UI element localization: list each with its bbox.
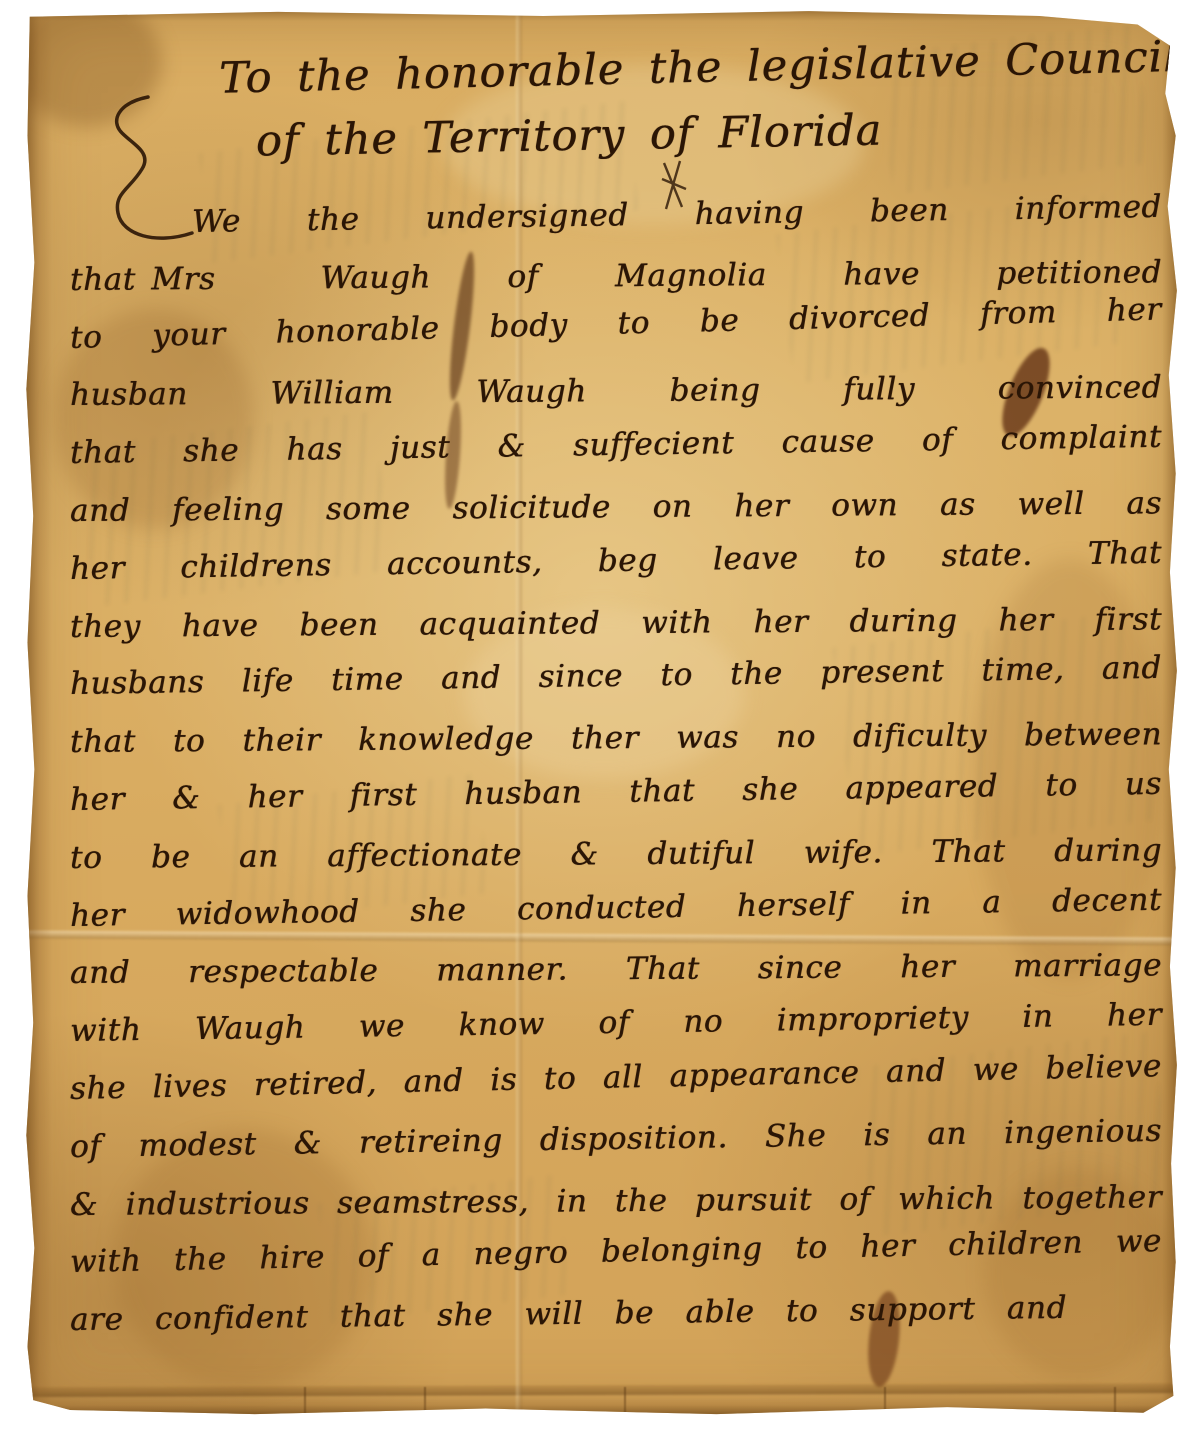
fold-crease-horizontal: [24, 1383, 1178, 1397]
fold-notch: [424, 1387, 426, 1419]
paper-edge-top: [24, 9, 1178, 21]
paper-sheet: To the honorable the legislative Council…: [24, 9, 1178, 1417]
letter-line: are confident that she will be able to s…: [70, 1281, 1068, 1351]
paper-edge-left: [24, 9, 52, 1417]
fold-notch: [304, 1387, 306, 1419]
letter-body: We the undersigned having been informed …: [70, 195, 1162, 1351]
scanned-document: To the honorable the legislative Council…: [0, 0, 1200, 1437]
paper-edge-bottom: [24, 1397, 1178, 1417]
fold-notch: [624, 1387, 626, 1419]
fold-notch: [884, 1387, 886, 1419]
letter-heading-line-1: To the honorable the legislative Council: [219, 32, 1165, 103]
fold-notch: [1114, 1387, 1116, 1419]
paper-edge-right: [1162, 9, 1178, 1417]
letter-heading-line-2: of the Territory of Florida: [184, 104, 955, 167]
letter-line: We the undersigned having been informed: [192, 180, 1163, 253]
letter-line-prefix: that Mrs: [70, 252, 216, 311]
